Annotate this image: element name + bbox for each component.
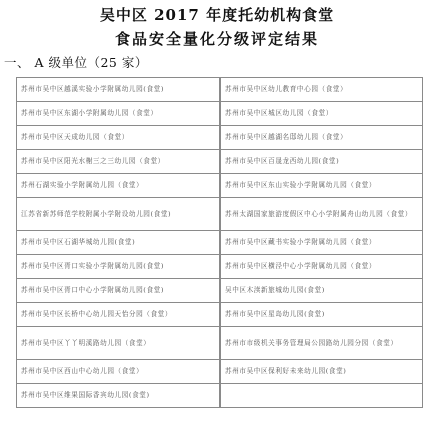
table-cell: 苏州石湖实验小学附属幼儿园（食堂） [17,174,221,198]
section-heading-a-grade: 一、 A 级单位（25 家） [4,53,148,71]
table-cell: 苏州市吴中区保利好未来幼儿园(食堂) [220,360,423,384]
table-cell: 江苏省新苏师范学校附属小学附设幼儿园(食堂) [17,198,221,231]
table-row: 苏州市吴中区胥口中心小学附属幼儿园(食堂) 吴中区木渎新旅城幼儿园(食堂) [17,279,423,303]
table-cell: 苏州市吴中区东山实验小学附属幼儿园（食堂） [220,174,423,198]
table-row: 江苏省新苏师范学校附属小学附设幼儿园(食堂) 苏州太湖国家旅游度假区中心小学附属… [17,198,423,231]
table-cell: 苏州市吴中区藏书实验小学附属幼儿园（食堂） [220,231,423,255]
table-cell: 苏州市吴中区越湖名邸幼儿园（食堂） [220,126,423,150]
table-cell: 苏州市吴中区百晟龙西幼儿园(食堂) [220,150,423,174]
a-grade-units-table: 苏州市吴中区越溪实验小学附属幼儿园(食堂) 苏州市吴中区幼儿教育中心园（食堂） … [16,77,423,408]
table-cell: 吴中区木渎新旅城幼儿园(食堂) [220,279,423,303]
table-row: 苏州市吴中区石湖华城幼儿园(食堂) 苏州市吴中区藏书实验小学附属幼儿园（食堂） [17,231,423,255]
table-cell: 苏州市吴中区横泾中心小学附属幼儿园（食堂） [220,255,423,279]
table-cell: 苏州市吴中区东湖小学附属幼儿园（食堂） [17,102,221,126]
table-cell: 苏州市吴中区越溪实验小学附属幼儿园(食堂) [17,78,221,102]
table-row: 苏州市吴中区丫丫明溪路幼儿园（食堂） 苏州市市级机关事务管理局公园路幼儿园分园（… [17,327,423,360]
table-row: 苏州市吴中区胥口实验小学附属幼儿园(食堂) 苏州市吴中区横泾中心小学附属幼儿园（… [17,255,423,279]
table-cell: 苏州市吴中区阳光水榭三之三幼儿园（食堂） [17,150,221,174]
table-cell: 苏州市吴中区胥口实验小学附属幼儿园(食堂) [17,255,221,279]
table-cell: 苏州市市级机关事务管理局公园路幼儿园分园（食堂） [220,327,423,360]
table-cell: 苏州市吴中区石湖华城幼儿园(食堂) [17,231,221,255]
table-cell: 苏州市吴中区星岛幼儿园(食堂) [220,303,423,327]
table-cell: 苏州市吴中区城区幼儿园（食堂） [220,102,423,126]
table-cell: 苏州市吴中区胥口中心小学附属幼儿园(食堂) [17,279,221,303]
table-cell: 苏州市吴中区长桥中心幼儿园天怡分园（食堂） [17,303,221,327]
table-cell: 苏州市吴中区幼儿教育中心园（食堂） [220,78,423,102]
table-row: 苏州石湖实验小学附属幼儿园（食堂） 苏州市吴中区东山实验小学附属幼儿园（食堂） [17,174,423,198]
table-cell: 苏州市吴中区维果国际香宾幼儿园(食堂) [17,384,221,408]
table-row: 苏州市吴中区维果国际香宾幼儿园(食堂) [17,384,423,408]
table-row: 苏州市吴中区阳光水榭三之三幼儿园（食堂） 苏州市吴中区百晟龙西幼儿园(食堂) [17,150,423,174]
table-cell-empty [220,384,423,408]
table-row: 苏州市吴中区西山中心幼儿园（食堂） 苏州市吴中区保利好未来幼儿园(食堂) [17,360,423,384]
table-cell: 苏州市吴中区天成幼儿园（食堂） [17,126,221,150]
table-row: 苏州市吴中区越溪实验小学附属幼儿园(食堂) 苏州市吴中区幼儿教育中心园（食堂） [17,78,423,102]
table-row: 苏州市吴中区天成幼儿园（食堂） 苏州市吴中区越湖名邸幼儿园（食堂） [17,126,423,150]
table-cell: 苏州太湖国家旅游度假区中心小学附属舟山幼儿园（食堂） [220,198,423,231]
table-cell: 苏州市吴中区西山中心幼儿园（食堂） [17,360,221,384]
table-row: 苏州市吴中区长桥中心幼儿园天怡分园（食堂） 苏州市吴中区星岛幼儿园(食堂) [17,303,423,327]
document-title-line2: 食品安全量化分级评定结果 [0,28,434,49]
document-title-line1: 吴中区 2017 年度托幼机构食堂 [0,4,434,25]
table-row: 苏州市吴中区东湖小学附属幼儿园（食堂） 苏州市吴中区城区幼儿园（食堂） [17,102,423,126]
table-cell: 苏州市吴中区丫丫明溪路幼儿园（食堂） [17,327,221,360]
